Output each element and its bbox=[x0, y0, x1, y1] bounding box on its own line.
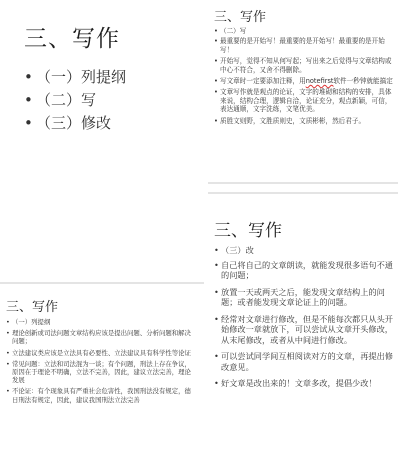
list-item: •（一）列提纲 bbox=[24, 66, 126, 89]
bullet-icon: • bbox=[24, 112, 33, 135]
list-item: •常见问题：立法和司法混为一谈；有个问题，刑法上存在争议，原因在于理论不明确，立… bbox=[6, 360, 196, 385]
list-item: •最重要的是开始写！最重要的是开始写！最重要的是开始写！ bbox=[214, 37, 394, 54]
bullet-icon: • bbox=[6, 329, 10, 337]
list-item: •好文章是改出来的！文章多改，提倡少改！ bbox=[214, 378, 396, 389]
bullet-icon: • bbox=[6, 387, 10, 395]
bullet-icon: • bbox=[214, 57, 218, 65]
bullet-icon: • bbox=[214, 88, 218, 96]
list-item: •自己将自己的文章朗读，就能发现很多语句不通的问题； bbox=[214, 260, 396, 281]
list-item: •经常对文章进行修改，但是不能每次都只从头开始修改一章就放下，可以尝试从文章开头… bbox=[214, 314, 396, 346]
list-item: •文章写作就是观点的论证，文字的堆砌和结构的安排，具体来说，结构合理，逻辑自洽，… bbox=[214, 88, 394, 113]
bullet-icon: • bbox=[6, 360, 10, 368]
subheading: •（三）改 bbox=[214, 245, 396, 256]
bullet-icon: • bbox=[24, 66, 33, 89]
bullet-icon: • bbox=[214, 117, 218, 125]
bullet-list: •（二）写 •最重要的是开始写！最重要的是开始写！最重要的是开始写！ •开始写，… bbox=[214, 27, 394, 128]
bullet-icon: • bbox=[214, 27, 218, 35]
bullet-icon: • bbox=[214, 314, 219, 325]
slide-outline-detail: 三、写作 •（一）列提纲 •理论创新或司法问题文章结构应该是提出问题、分析问题和… bbox=[0, 292, 200, 452]
slide-title: 三、写作 bbox=[214, 216, 282, 241]
bullet-list: •（一）列提纲 •理论创新或司法问题文章结构应该是提出问题、分析问题和解决问题；… bbox=[6, 318, 196, 407]
list-item: •不论证：有个现象具有严重社会危害性，我国刑法没有规定，德日刑法有规定，因此，建… bbox=[6, 387, 196, 403]
list-item: •写文章时一定要添加注释，用notefirst软件一秒钟就能搞定 bbox=[214, 77, 394, 85]
bullet-icon: • bbox=[214, 287, 219, 298]
bullet-icon: • bbox=[6, 318, 10, 326]
slide-title: 三、写作 bbox=[214, 6, 266, 25]
software-name: notefirst bbox=[306, 77, 334, 85]
bullet-icon: • bbox=[214, 245, 219, 256]
slide-title: 三、写作 bbox=[6, 296, 58, 315]
slide-divider bbox=[208, 192, 398, 194]
slide-write: 三、写作 •（二）写 •最重要的是开始写！最重要的是开始写！最重要的是开始写！ … bbox=[206, 6, 396, 176]
list-item: •（三）修改 bbox=[24, 112, 126, 135]
slide-divider bbox=[0, 282, 204, 284]
subheading: •（一）列提纲 bbox=[6, 318, 196, 326]
bullet-icon: • bbox=[214, 378, 219, 389]
bullet-icon: • bbox=[214, 260, 219, 271]
bullet-list: •（三）改 •自己将自己的文章朗读，就能发现很多语句不通的问题； •放置一天或两… bbox=[214, 245, 396, 395]
bullet-icon: • bbox=[214, 77, 218, 85]
subheading: •（二）写 bbox=[214, 27, 394, 35]
list-item: •放置一天或两天之后，能发现文章结构上的问题；或者能发现文章论证上的问题。 bbox=[214, 287, 396, 308]
slide-revise: 三、写作 •（三）改 •自己将自己的文章朗读，就能发现很多语句不通的问题； •放… bbox=[206, 216, 398, 451]
bullet-list: •（一）列提纲 •（二）写 •（三）修改 bbox=[24, 66, 126, 135]
bullet-icon: • bbox=[6, 349, 10, 357]
slide-outline: 三、写作 •（一）列提纲 •（二）写 •（三）修改 bbox=[0, 0, 200, 180]
bullet-icon: • bbox=[24, 89, 33, 112]
bullet-icon: • bbox=[214, 351, 219, 362]
list-item: •质胜文则野，文胜质则史，文质彬彬，然后君子。 bbox=[214, 117, 394, 125]
list-item: •立法建议类应该是立法具有必要性、立法建议具有科学性等论证 bbox=[6, 349, 196, 357]
list-item: •开始写，觉得不知从何写起；写出来之后觉得与文章结构或中心不符合，又舍不得删除。 bbox=[214, 57, 394, 74]
slide-title: 三、写作 bbox=[24, 20, 120, 53]
bullet-icon: • bbox=[214, 37, 218, 45]
slide-divider bbox=[208, 182, 398, 184]
list-item: •（二）写 bbox=[24, 89, 126, 112]
list-item: •理论创新或司法问题文章结构应该是提出问题、分析问题和解决问题； bbox=[6, 329, 196, 345]
list-item: •可以尝试同学间互相阅读对方的文章，再提出修改意见。 bbox=[214, 351, 396, 372]
